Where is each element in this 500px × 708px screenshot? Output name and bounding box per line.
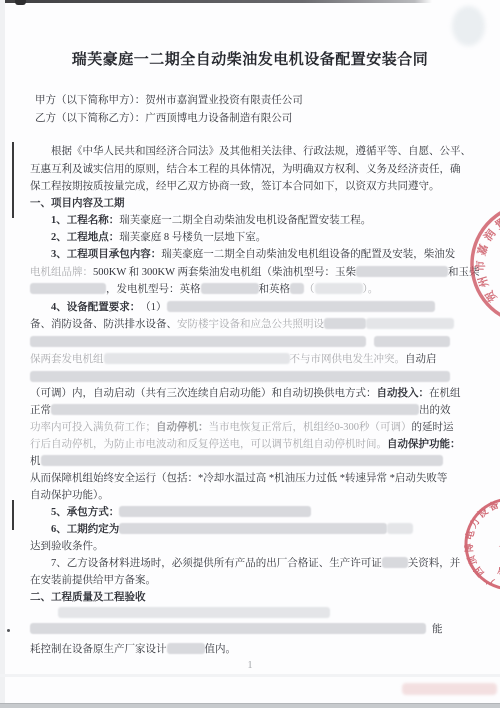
contract-line: 从而保障机组始终安全运行（包括：*冷却水温过高 *机油压力过低 *转速异常 *启… bbox=[30, 470, 447, 484]
contract-text: 能 bbox=[432, 621, 443, 636]
contract-line: 根据《中华人民共和国经济合同法》及其他相关法律、行政法规，遵循平等、自愿、公平、 bbox=[30, 143, 471, 157]
contract-line: 互惠互利及诚实信用的原则，结合本工程的具体情况，为明确双方权利、义务及经济责任，… bbox=[30, 161, 461, 175]
contract-text: 瑞芙豪庭一二期全自动柴油发电机设备配置安装工程。 bbox=[119, 212, 371, 227]
seal-label: 合同专用章 bbox=[494, 544, 500, 580]
contract-text: 不与市网供电发生冲突。 bbox=[290, 351, 406, 366]
contract-line: 乙方（以下简称乙方）：广西顶博电力设备制造有限公司 bbox=[35, 110, 292, 124]
redacted-patch bbox=[324, 318, 366, 329]
redacted-patch bbox=[104, 353, 290, 364]
redacted-patch bbox=[58, 607, 330, 618]
redacted-patch bbox=[30, 371, 450, 382]
contract-text: 耗控制在设备原生产厂家设计 bbox=[30, 641, 167, 656]
scan-shadow-top-right bbox=[452, 6, 485, 46]
contract-text: 自动保护功能）。 bbox=[30, 487, 109, 502]
contract-text: 6、工期约定为 bbox=[51, 521, 119, 536]
contract-line: 机 bbox=[30, 453, 443, 467]
contract-text: 互惠互利及诚实信用的原则，结合本工程的具体情况，为明确双方权利、义务及经济责任，… bbox=[30, 161, 461, 176]
contract-line: 正常出的效 bbox=[30, 402, 451, 416]
contract-line: ，发电机型号：英格和英格（）。 bbox=[30, 281, 378, 295]
contract-line: 2、工程地点：瑞芙豪庭 8 号楼负一层地下室。 bbox=[30, 229, 266, 243]
margin-mark-lower bbox=[12, 500, 14, 530]
contract-text: 自动投入： bbox=[377, 385, 430, 400]
contract-text: 4、设备配置要求： bbox=[51, 299, 140, 314]
redacted-patch bbox=[387, 523, 413, 534]
contract-line: 4、设备配置要求：（1） bbox=[30, 299, 435, 313]
contract-text: 的延时运 bbox=[412, 419, 454, 434]
redacted-patch bbox=[290, 283, 304, 294]
contract-text: 保两套发电机组 bbox=[30, 351, 104, 366]
contract-text: 3、工程项目承包内容： bbox=[51, 246, 161, 261]
contract-text: 根据《中华人民共和国经济合同法》及其他相关法律、行政法规，遵循平等、自愿、公平、 bbox=[51, 143, 471, 158]
contract-line: 3、工程项目承包内容：瑞芙豪庭一二期全自动柴油发电机组设备的配置及安装，柴油发 bbox=[30, 246, 455, 260]
contract-text: （可调）内，自动启动（共有三次连续自启动功能）和自动切换供电方式： bbox=[30, 385, 377, 400]
contract-text: 瑞芙豪庭 8 号楼负一层地下室。 bbox=[119, 229, 266, 244]
contract-line: 保两套发电机组不与市网供电发生冲突。自动启 bbox=[30, 351, 437, 365]
redacted-patch bbox=[119, 523, 387, 534]
redacted-patch bbox=[30, 623, 426, 634]
contract-text: 2、工程地点： bbox=[51, 229, 119, 244]
contract-text: 和英格 bbox=[259, 281, 291, 296]
scan-edge-top bbox=[0, 0, 432, 3]
contract-line bbox=[30, 605, 330, 619]
scan-edge-left bbox=[0, 0, 5, 708]
contract-line: 功率内可投入满负荷工作；自动停机：当市电恢复正常后，机组经0-300秒（可调）的… bbox=[30, 419, 454, 433]
redacted-patch bbox=[30, 283, 106, 294]
watermark-smudge bbox=[402, 683, 497, 695]
svg-text:广西顶博电力设备制造有限公司: 广西顶博电力设备制造有限公司 bbox=[458, 492, 500, 593]
contract-line: 甲方（以下简称甲方）：贺州市嘉润置业投资有限责任公司 bbox=[35, 92, 303, 106]
contract-line: 一、项目内容及工期 bbox=[30, 195, 125, 209]
contract-text: 5、承包方式： bbox=[51, 504, 119, 519]
contract-text: 甲方（以下简称甲方）：贺州市嘉润置业投资有限责任公司 bbox=[35, 92, 303, 107]
contract-line: 在安装前提供给甲方备案。 bbox=[30, 572, 156, 586]
redacted-patch bbox=[167, 643, 205, 654]
redacted-patch bbox=[366, 318, 454, 329]
contract-text: 瑞芙豪庭一二期全自动柴油发电机组设备的配置及安装，柴油发 bbox=[161, 246, 455, 261]
contract-line: 二、工程质量及工程验收 bbox=[30, 589, 146, 603]
scanned-contract-page: 瑞芙豪庭一二期全自动柴油发电机设备配置安装合同 甲方（以下简称甲方）：贺州市嘉润… bbox=[0, 0, 500, 708]
margin-mark-upper bbox=[12, 142, 14, 218]
contract-title: 瑞芙豪庭一二期全自动柴油发电机设备配置安装合同 bbox=[0, 48, 500, 69]
contract-text: 在安装前提供给甲方备案。 bbox=[30, 572, 156, 587]
contract-text: 二、工程质量及工程验收 bbox=[30, 589, 146, 604]
contract-text: 在机组 bbox=[429, 385, 461, 400]
contract-line bbox=[30, 334, 450, 348]
redacted-patch bbox=[51, 404, 419, 415]
contract-line: （可调）内，自动启动（共有三次连续自启动功能）和自动切换供电方式：自动投入：在机… bbox=[30, 385, 461, 399]
contract-line: 行后自动停机，为防止市电波动和反复停送电，可以调节机组自动停机时间。自动保护功能… bbox=[30, 436, 461, 450]
seal-bottom-arc-text: 广西顶博电力设备制造有限公司 bbox=[458, 492, 500, 593]
contract-text: 电机组品牌： bbox=[30, 264, 93, 279]
contract-text: 行后自动停机，为防止市电波动和反复停送电，可以调节机组自动停机时间。 bbox=[30, 436, 387, 451]
redacted-patch bbox=[315, 283, 363, 294]
contract-text: 从而保障机组始终安全运行（包括：*冷却水温过高 *机油压力过低 *转速异常 *启… bbox=[30, 470, 447, 485]
contract-text: 乙方（以下简称乙方）：广西顶博电力设备制造有限公司 bbox=[35, 110, 292, 125]
contract-text: 备、消防设备、防洪排水设备、 bbox=[30, 316, 177, 331]
margin-dot bbox=[7, 629, 10, 632]
contract-seal: 广西顶博电力设备制造有限公司 合同专用章 · · · · · bbox=[458, 492, 500, 612]
redacted-patch bbox=[382, 557, 408, 568]
redacted-patch bbox=[41, 455, 443, 466]
page-number: 1 bbox=[0, 660, 500, 671]
company-round-seal-top: 贺州市嘉润置业投资有限责任公司 bbox=[462, 198, 500, 338]
contract-line: 备、消防设备、防洪排水设备、安防楼宇设备和应急公共照明设 bbox=[30, 316, 454, 330]
redacted-patch bbox=[30, 336, 366, 347]
scan-edge-bottom bbox=[0, 703, 500, 708]
contract-text: 7、乙方设备材料进场时，必须提供所有产品的出厂合格证、生产许可证 bbox=[51, 555, 382, 570]
contract-text: ）。 bbox=[363, 281, 379, 296]
contract-line: 耗控制在设备原生产厂家设计值内。 bbox=[30, 641, 236, 655]
contract-line: 能 bbox=[30, 621, 443, 635]
contract-line: 5、承包方式： bbox=[30, 504, 311, 518]
contract-text: （ bbox=[304, 281, 315, 296]
contract-text: 关资料，并 bbox=[408, 555, 461, 570]
redacted-patch bbox=[167, 301, 435, 312]
contract-line bbox=[30, 369, 450, 383]
redacted-patch bbox=[356, 266, 448, 277]
contract-text: 保工程按期按质按量完成，经甲乙双方协商一致，签订本合同如下，以资双方共同遵守。 bbox=[30, 178, 440, 193]
contract-line: 7、乙方设备材料进场时，必须提供所有产品的出厂合格证、生产许可证关资料，并 bbox=[30, 555, 460, 569]
contract-text: 机 bbox=[30, 453, 41, 468]
contract-line: 1、工程名称：瑞芙豪庭一二期全自动柴油发电机设备配置安装工程。 bbox=[30, 212, 371, 226]
contract-text: 出的效 bbox=[419, 402, 451, 417]
contract-text: 一、项目内容及工期 bbox=[30, 195, 125, 210]
contract-line: 保工程按期按质按量完成，经甲乙双方协商一致，签订本合同如下，以资双方共同遵守。 bbox=[30, 178, 440, 192]
contract-text: 自动启 bbox=[405, 351, 437, 366]
contract-text: 自动停机： bbox=[156, 419, 209, 434]
scan-streak bbox=[0, 674, 500, 677]
contract-text: 功率内可投入满负荷工作； bbox=[30, 419, 156, 434]
contract-text: 安防楼宇设备和应急公共照明设 bbox=[177, 316, 324, 331]
contract-line: 6、工期约定为 bbox=[30, 521, 413, 535]
contract-line: 自动保护功能）。 bbox=[30, 487, 109, 501]
contract-line: 达到验收条件。 bbox=[30, 538, 104, 552]
contract-text: ，发电机型号：英格 bbox=[106, 281, 201, 296]
contract-text: 1、工程名称： bbox=[51, 212, 119, 227]
contract-text: 500KW 和 300KW 两套柴油发电机组（柴油机型号：玉柴 bbox=[93, 264, 356, 279]
redacted-patch bbox=[374, 336, 450, 347]
seal-star-icon bbox=[495, 528, 500, 559]
contract-text: 正常 bbox=[30, 402, 51, 417]
contract-text: 值内。 bbox=[205, 641, 237, 656]
contract-text: 自动保护功能： bbox=[387, 436, 461, 451]
redacted-patch bbox=[201, 283, 259, 294]
contract-text: 达到验收条件。 bbox=[30, 538, 104, 553]
contract-line: 电机组品牌：500KW 和 300KW 两套柴油发电机组（柴油机型号：玉柴和玉柴 bbox=[30, 264, 479, 278]
contract-text: （1） bbox=[140, 299, 166, 314]
redacted-patch bbox=[119, 506, 311, 517]
scan-smudge-top-left bbox=[15, 0, 26, 5]
contract-text: 当市电恢复正常后，机组经0-300秒（可调） bbox=[209, 419, 412, 434]
